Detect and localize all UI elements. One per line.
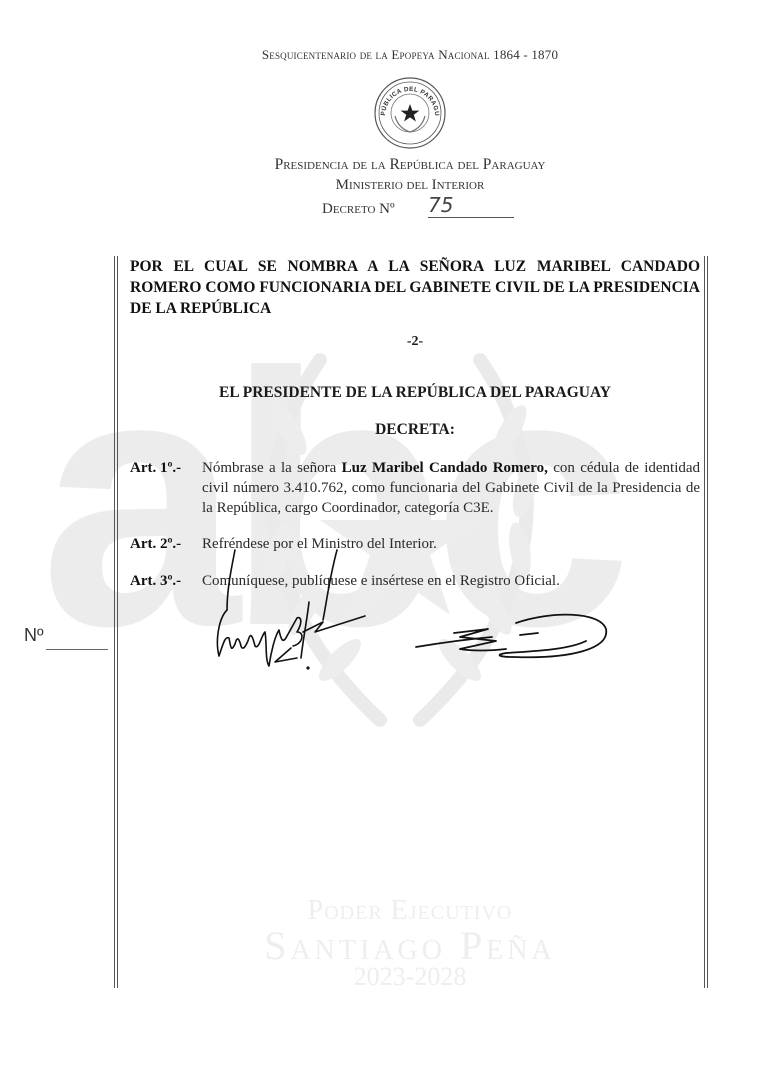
decree-number-handwritten: 75 xyxy=(428,193,468,217)
article-1: Art. 1º.- Nómbrase a la señora Luz Marib… xyxy=(130,458,700,518)
issuer-heading: EL PRESIDENTE DE LA REPÚBLICA DEL PARAGU… xyxy=(130,384,700,402)
right-margin-border xyxy=(704,256,708,988)
decree-title: POR EL CUAL SE NOMBRA A LA SEÑORA LUZ MA… xyxy=(130,256,700,319)
presidency-header: Presidencia de la República del Paraguay xyxy=(0,156,770,174)
article-text: Nómbrase a la señora Luz Maribel Candado… xyxy=(202,458,700,518)
national-seal-icon: REPÚBLICA DEL PARAGUAY xyxy=(373,76,447,150)
article-label: Art. 1º.- xyxy=(130,458,202,518)
decreta-heading: DECRETA: xyxy=(130,421,700,439)
watermark-years: 2023-2028 xyxy=(200,962,620,992)
decree-number-line xyxy=(428,217,514,218)
margin-number-label: Nº xyxy=(24,625,44,646)
appointee-name: Luz Maribel Candado Romero, xyxy=(342,460,548,476)
minister-signature-icon xyxy=(410,605,620,665)
article-label: Art. 3º.- xyxy=(130,571,202,591)
ministry-header: Ministerio del Interior xyxy=(0,177,770,194)
decree-label: Decreto Nº xyxy=(322,201,395,218)
page-number: -2- xyxy=(130,334,700,350)
president-signature-icon xyxy=(205,540,385,675)
margin-number-line xyxy=(46,649,108,650)
article-label: Art. 2º.- xyxy=(130,534,202,554)
left-margin-border xyxy=(114,256,118,988)
anniversary-header: Sesquicentenario de la Epopeya Nacional … xyxy=(0,47,770,63)
article-text-before: Nómbrase a la señora xyxy=(202,460,342,476)
